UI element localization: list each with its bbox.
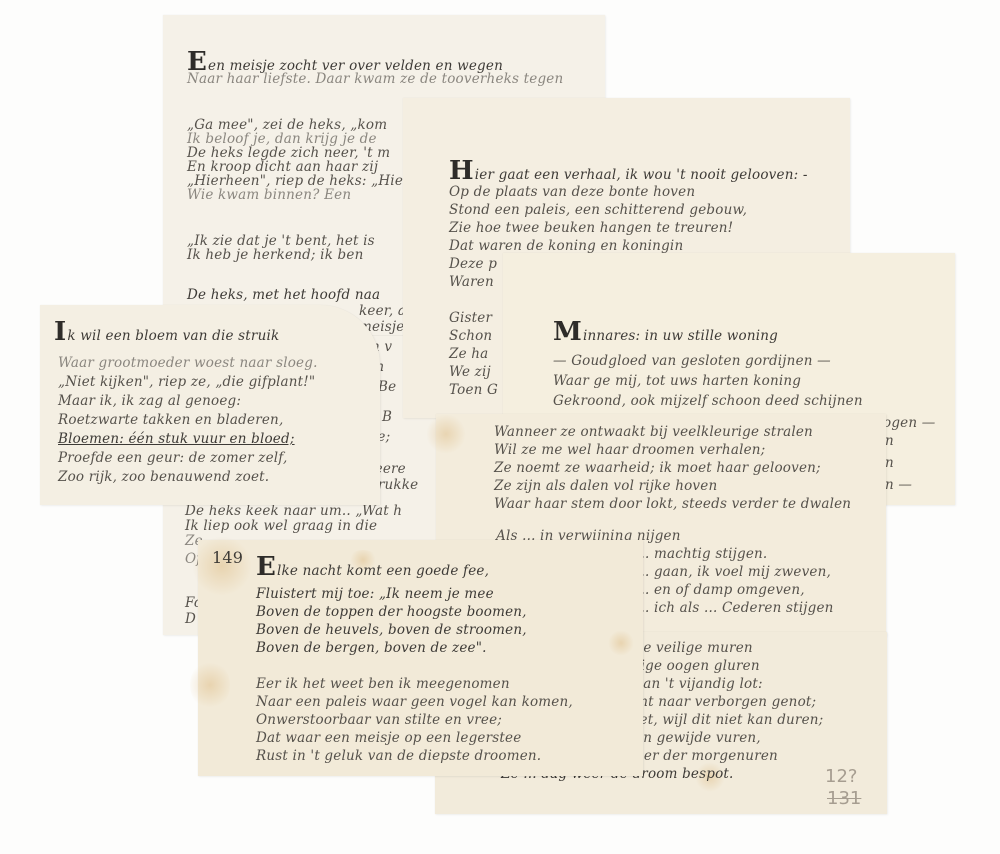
poem-line-fragment: ke veilige muren (635, 642, 753, 656)
poem-line: Ik heb je herkend; ik ben (187, 249, 364, 263)
poem-line: Proefde een geur: de zomer zelf, (58, 452, 287, 466)
poem-line: Wie kwam binnen? Een (187, 189, 351, 203)
age-stain (608, 630, 634, 656)
poem-line-fragment: n (885, 457, 894, 471)
poem-line: Op de plaats van deze bonte hoven (449, 186, 695, 200)
pencil-mark: 131 (827, 788, 861, 809)
poem-line-fragment: n (885, 435, 894, 449)
poem-line: Gekroond, ook mijzelf schoon deed schijn… (553, 395, 863, 409)
poem-line: Bloemen: één stuk vuur en bloed; (58, 433, 295, 447)
age-stain (190, 660, 230, 710)
page-number: 149 (212, 550, 243, 566)
poem-line: Wanneer ze ontwaakt bij veelkleurige str… (494, 426, 813, 440)
poem-line: Minnares: in uw stille woning (553, 319, 778, 345)
poem-line-fragment: tige oogen gluren (635, 660, 760, 674)
poem-line: Ik wil een bloem van die struik (54, 319, 279, 345)
poem-line: — Goudgloed van gesloten gordijnen — (553, 355, 831, 369)
poem-line: Ze zijn als dalen vol rijke hoven (494, 480, 717, 494)
manuscript-sheet-c: Ik wil een bloem van die struik Waar gro… (40, 305, 380, 505)
poem-line-fragment: Ze ha (449, 348, 488, 362)
poem-line-fragment: iet, wijl dit niet kan duren; (635, 714, 823, 728)
poem-line: Waar ge mij, tot uws harten koning (553, 375, 801, 389)
poem-line: Ze noemt ze waarheid; ik moet haar geloo… (494, 462, 821, 476)
poem-line-fragment: Gister (449, 312, 492, 326)
poem-line-fragment: an gewijde vuren, (635, 732, 761, 746)
poem-line-fragment: D (185, 613, 196, 627)
poem-line: Stond een paleis, een schitterend gebouw… (449, 204, 747, 218)
poem-line: Onwerstoorbaar van stilte en vree; (256, 714, 502, 728)
poem-line: Eer ik het weet ben ik meegenomen (256, 678, 510, 692)
poem-line-fragment: aan 't vijandig lot: (635, 678, 763, 692)
poem-line-fragment: Schon (449, 330, 492, 344)
poem-line: Naar haar liefste. Daar kwam ze de toove… (187, 73, 563, 87)
drop-initial: H (449, 156, 474, 186)
poem-line-fragment: Waren (449, 276, 494, 290)
poem-line-fragment: ... en of damp omgeven, (636, 584, 805, 598)
drop-initial: I (54, 317, 66, 347)
age-stain (426, 414, 466, 454)
poem-line-fragment: ner der morgenuren (635, 750, 778, 764)
poem-line-fragment: Deze p (449, 258, 497, 272)
drop-initial: E (256, 552, 276, 582)
poem-line-fragment: ... machtig stijgen. (636, 548, 767, 562)
poem-line-fragment: ... gaan, ik voel mij zweven, (636, 566, 831, 580)
poem-line: Waar grootmoeder woest naar sloeg. (58, 357, 318, 371)
poem-line: De heks, met het hoofd naa (187, 289, 380, 303)
poem-line-fragment: ogen — (883, 417, 935, 431)
poem-line: Naar een paleis waar geen vogel kan kome… (256, 696, 573, 710)
poem-line-text: lke nacht komt een goede fee, (277, 563, 489, 579)
poem-line-fragment: n — (885, 479, 912, 493)
poem-line: Wil ze me wel haar droomen verhalen; (494, 444, 765, 458)
poem-line: Zie hoe twee beuken hangen te treuren! (449, 222, 733, 236)
poem-line: Maar ik, ik zag al genoeg: (58, 395, 241, 409)
poem-line: Fluistert mij toe: „Ik neem je mee (256, 588, 494, 602)
poem-line: Ik liep ook wel graag in die (185, 520, 377, 534)
poem-line-fragment: We zij (449, 366, 491, 380)
poem-line-fragment: Toen G (449, 384, 498, 398)
poem-line: Dat waar een meisje op een legerstee (256, 732, 521, 746)
poem-line: Waar haar stem door lokt, steeds verder … (494, 498, 851, 512)
poem-line: Hier gaat een verhaal, ik wou 't nooit g… (449, 158, 808, 184)
poem-line: Boven de bergen, boven de zee". (256, 642, 487, 656)
poem-line-text: k wil een bloem van die struik (67, 328, 279, 344)
poem-line-text: ier gaat een verhaal, ik wou 't nooit ge… (475, 167, 808, 183)
poem-line-fragment: ent naar verborgen genot; (631, 696, 816, 710)
poem-line: Zoo rijk, zoo benauwend zoet. (58, 471, 269, 485)
poem-line: Elke nacht komt een goede fee, (256, 554, 489, 580)
poem-line: Boven de heuvels, boven de stroomen, (256, 624, 527, 638)
poem-line: „Niet kijken", riep ze, „die gifplant!" (58, 376, 315, 390)
poem-line: Boven de toppen der hoogste boomen, (256, 606, 527, 620)
poem-line-fragment: ... ich als ... Cederen stijgen (636, 602, 834, 616)
drop-initial: M (553, 317, 582, 347)
poem-line-text: innares: in uw stille woning (583, 328, 778, 344)
pencil-mark: 12? (825, 766, 857, 787)
poem-line: Rust in 't geluk van de diepste droomen. (256, 750, 541, 764)
poem-line: De heks keek naar um.. „Wat h (185, 505, 402, 519)
poem-line: Roetzwarte takken en bladeren, (58, 414, 283, 428)
poem-line: Dat waren de koning en koningin (449, 240, 683, 254)
manuscript-sheet-f: 149 Elke nacht komt een goede fee, Fluis… (198, 540, 643, 776)
